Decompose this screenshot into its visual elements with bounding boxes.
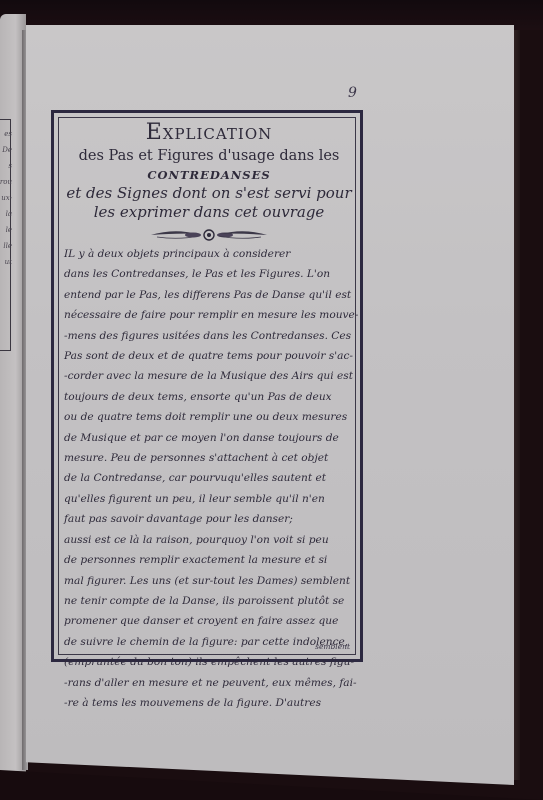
body-line: -corder avec la mesure de la Musique des… [64,366,356,386]
body-text: IL y à deux objets principaux à consider… [62,244,356,713]
fleuron-ornament-icon [62,228,356,242]
prev-fragment: s [0,158,12,174]
prev-fragment: ux- [0,190,12,206]
body-line: promener que danser et croyent en faire … [64,611,356,631]
title-contredanses: CONTREDANSES [62,166,356,184]
body-line: (empruntée du bon ton) ils empêchent les… [64,652,356,672]
body-line: de la Contredanse, car pourvuqu'elles sa… [64,468,356,488]
prev-fragment: ut [0,254,12,270]
body-line: aussi est ce là la raison, pourquoy l'on… [64,530,356,550]
title-signes-line-2: les exprimer dans cet ouvrage [62,203,356,222]
body-line: -re à tems les mouvemens de la figure. D… [64,693,356,713]
body-line: ou de quatre tems doit remplir une ou de… [64,407,356,427]
title-explication: Explication [62,120,356,146]
prev-fragment: es [0,126,12,142]
body-line: -mens des figures usitées dans les Contr… [64,326,356,346]
body-line: entend par le Pas, les differens Pas de … [64,285,356,305]
body-line: dans les Contredanses, le Pas et les Fig… [64,264,356,284]
body-line: de personnes remplir exactement la mesur… [64,550,356,570]
body-line: Pas sont de deux et de quatre tems pour … [64,346,356,366]
body-line: faut pas savoir davantage pour les danse… [64,509,356,529]
body-line: mesure. Peu de personnes s'attachent à c… [64,448,356,468]
body-line: ne tenir compte de la Danse, ils paroiss… [64,591,356,611]
body-line: de suivre le chemin de la figure: par ce… [64,632,356,652]
body-line: de Musique et par ce moyen l'on danse to… [64,428,356,448]
page-content: Explication des Pas et Figures d'usage d… [62,120,356,713]
body-line: mal figurer. Les uns (et sur-tout les Da… [64,571,356,591]
title-signes-line-1: et des Signes dont on s'est servi pour [62,184,356,203]
body-line: qu'elles figurent un peu, il leur semble… [64,489,356,509]
prev-fragment: De [0,142,12,158]
prev-fragment: le [0,222,12,238]
body-line: IL y à deux objets principaux à consider… [64,244,356,264]
body-line: nécessaire de faire pour remplir en mesu… [64,305,356,325]
body-line: -rans d'aller en mesure et ne peuvent, e… [64,673,356,693]
page-number: 9 [348,85,357,101]
title-subtitle: des Pas et Figures d'usage dans les [62,146,356,166]
prev-fragment: la [0,206,12,222]
body-line: toujours de deux tems, ensorte qu'un Pas… [64,387,356,407]
prev-fragment: rou [0,174,12,190]
previous-page-text: es De s rou ux- la le lle ut [0,126,12,270]
prev-fragment: lle [0,238,12,254]
